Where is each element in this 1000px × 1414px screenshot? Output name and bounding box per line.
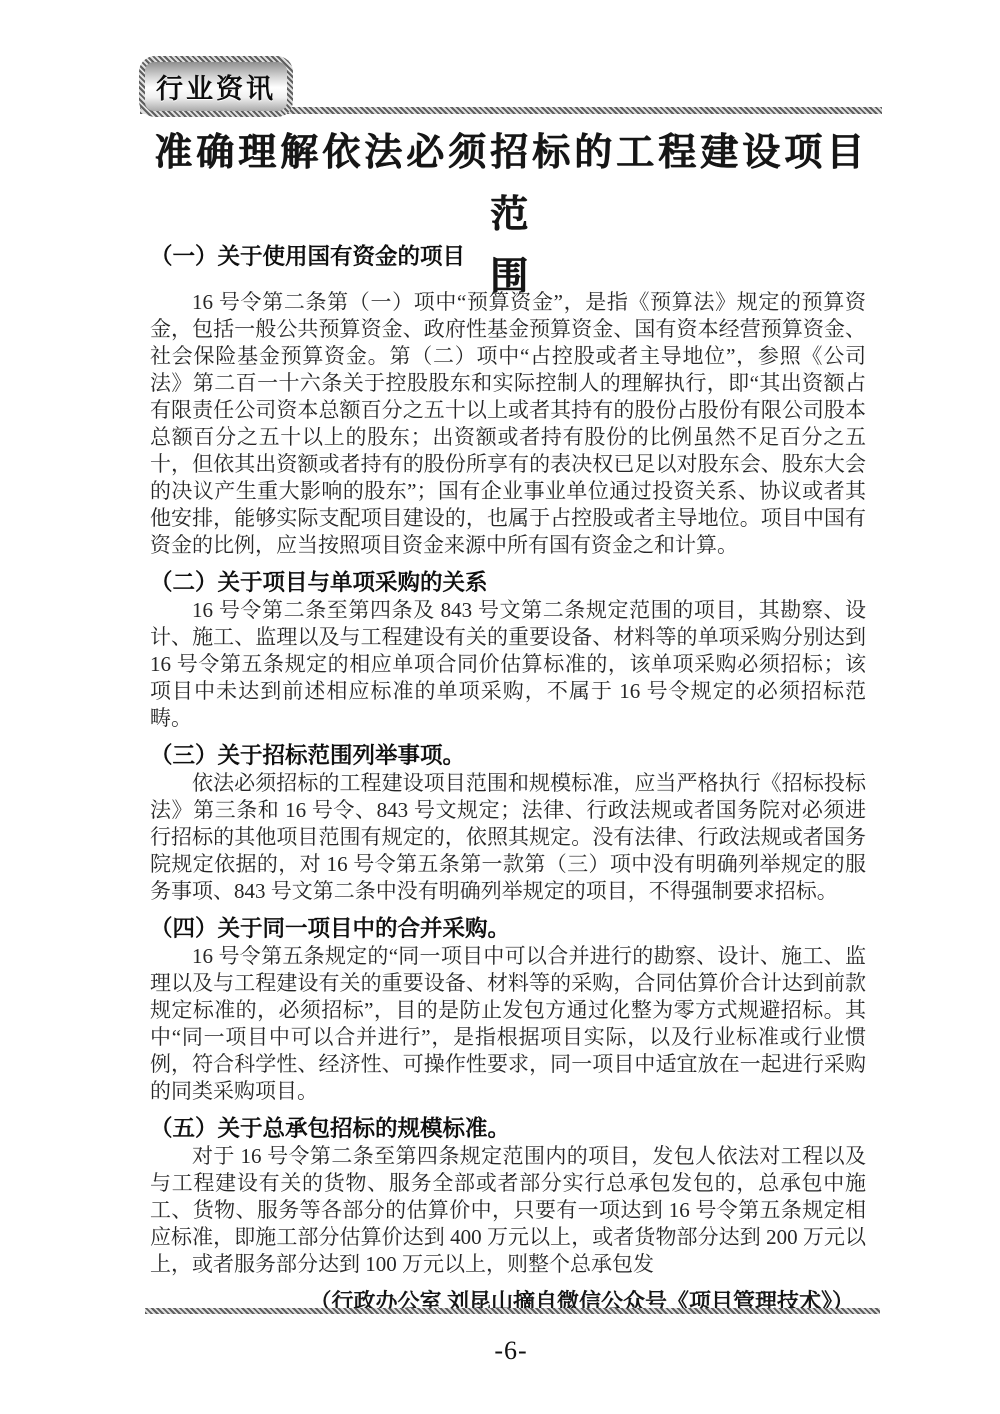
section-paragraph: 16 号令第二条第（一）项中“预算资金”，是指《预算法》规定的预算资金，包括一般… xyxy=(150,289,866,559)
section-paragraph: 16 号令第二条至第四条及 843 号文第二条规定范围的项目，其勘察、设计、施工… xyxy=(150,597,866,732)
section-state-funds: （一）关于使用国有资金的项目 16 号令第二条第（一）项中“预算资金”，是指《预… xyxy=(150,243,866,559)
document-page: 行业资讯 准确理解依法必须招标的工程建设项目范 围 （一）关于使用国有资金的项目… xyxy=(0,0,1000,1414)
section-paragraph: 依法必须招标的工程建设项目范围和规模标准，应当严格执行《招标投标法》第三条和 1… xyxy=(150,770,866,905)
section-heading: （三）关于招标范围列举事项。 xyxy=(150,742,866,770)
page-title-line-1: 准确理解依法必须招标的工程建设项目范 xyxy=(140,122,882,246)
section-bidding-scope-enumeration: （三）关于招标范围列举事项。 依法必须招标的工程建设项目范围和规模标准，应当严格… xyxy=(150,742,866,905)
footer-rule xyxy=(145,1308,880,1314)
section-heading: （四）关于同一项目中的合并采购。 xyxy=(150,915,866,943)
section-merged-procurement: （四）关于同一项目中的合并采购。 16 号令第五条规定的“同一项目中可以合并进行… xyxy=(150,915,866,1105)
section-paragraph: 16 号令第五条规定的“同一项目中可以合并进行的勘察、设计、施工、监理以及与工程… xyxy=(150,943,866,1105)
section-heading: （五）关于总承包招标的规模标准。 xyxy=(150,1115,866,1143)
industry-info-badge: 行业资讯 xyxy=(139,56,293,117)
section-general-contracting-scale: （五）关于总承包招标的规模标准。 对于 16 号令第二条至第四条规定范围内的项目… xyxy=(150,1115,866,1278)
industry-info-badge-label: 行业资讯 xyxy=(145,62,287,111)
page-number: -6- xyxy=(140,1336,882,1366)
section-project-vs-single-procurement: （二）关于项目与单项采购的关系 16 号令第二条至第四条及 843 号文第二条规… xyxy=(150,569,866,732)
article-body: （一）关于使用国有资金的项目 16 号令第二条第（一）项中“预算资金”，是指《预… xyxy=(150,243,866,1315)
section-heading: （二）关于项目与单项采购的关系 xyxy=(150,569,866,597)
section-paragraph: 对于 16 号令第二条至第四条规定范围内的项目，发包人依法对工程以及与工程建设有… xyxy=(150,1143,866,1278)
section-heading: （一）关于使用国有资金的项目 xyxy=(150,243,866,271)
